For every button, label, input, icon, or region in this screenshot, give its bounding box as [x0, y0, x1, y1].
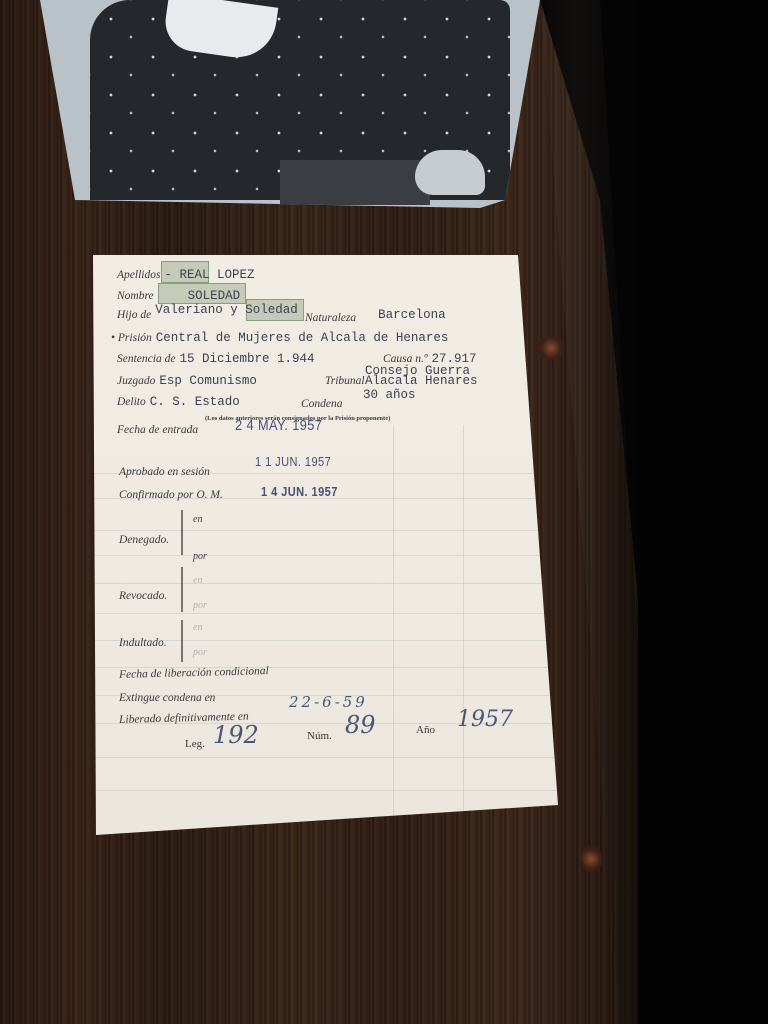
- photograph: [40, 0, 540, 208]
- ruled-line: [93, 613, 558, 614]
- nombre-label: Nombre: [117, 290, 154, 302]
- indultado-label: Indultado.: [119, 637, 167, 649]
- brace: [181, 620, 183, 662]
- hijo-de-value: Valeriano y Soledad: [155, 303, 298, 317]
- denegado-en: en: [193, 514, 202, 525]
- extingue-label: Extingue condena en: [119, 692, 215, 704]
- prison-record-card: Apellidos - REAL LOPEZ Nombre SOLEDAD Hi…: [93, 255, 558, 835]
- liberacion-condicional-label: Fecha de liberación condicional: [119, 665, 269, 681]
- column-line: [463, 425, 464, 825]
- ano-label: Año: [416, 724, 435, 736]
- tribunal-label: Tribunal: [325, 375, 365, 387]
- juzgado-value: Esp Comunismo: [159, 374, 257, 388]
- sentencia-value: 15 Diciembre 1.944: [179, 352, 314, 366]
- sentencia-label: Sentencia de: [117, 353, 175, 365]
- juzgado-label: Juzgado: [117, 375, 155, 387]
- prision-label: • Prisión: [111, 332, 152, 344]
- revocado-por: por: [193, 600, 207, 611]
- revocado-en: en: [193, 575, 202, 586]
- leg-value: 192: [213, 721, 259, 749]
- denegado-label: Denegado.: [119, 534, 169, 546]
- column-line: [393, 425, 394, 825]
- ruled-line: [93, 757, 558, 758]
- wood-knot: [538, 335, 564, 361]
- photo-lap: [280, 160, 430, 205]
- leg-label: Leg.: [185, 738, 205, 750]
- num-value: 89: [345, 711, 376, 739]
- dark-background: [638, 0, 768, 1024]
- delito-label: Delito: [117, 396, 146, 408]
- denegado-por: por: [193, 551, 207, 562]
- indultado-en: en: [193, 622, 202, 633]
- naturaleza-label: Naturaleza: [305, 312, 356, 324]
- fecha-entrada-stamp: 2 4 MAY. 1957: [235, 417, 322, 434]
- brace: [181, 510, 183, 555]
- liberado-value: 22-6-59: [289, 693, 368, 711]
- ruled-line: [93, 583, 558, 584]
- num-label: Núm.: [307, 730, 332, 742]
- wood-knot: [580, 845, 602, 873]
- photo-hand: [415, 150, 485, 195]
- hijo-de-label: Hijo de: [117, 309, 151, 321]
- naturaleza-value: Barcelona: [378, 308, 446, 322]
- apellidos-label: Apellidos: [117, 269, 160, 281]
- nombre-value: SOLEDAD: [188, 289, 241, 303]
- revocado-label: Revocado.: [119, 590, 167, 602]
- indultado-por: por: [193, 647, 207, 658]
- condena-value: 30 años: [363, 388, 416, 402]
- ano-value: 1957: [457, 707, 513, 732]
- aprobado-label: Aprobado en sesión: [119, 466, 210, 478]
- aprobado-stamp: 1 1 JUN. 1957: [255, 454, 331, 469]
- brace: [181, 567, 183, 612]
- confirmado-stamp: 1 4 JUN. 1957: [261, 484, 338, 499]
- ruled-line: [93, 790, 558, 791]
- confirmado-label: Confirmado por O. M.: [119, 489, 223, 501]
- prision-value: Central de Mujeres de Alcala de Henares: [156, 331, 449, 345]
- fecha-entrada-label: Fecha de entrada: [117, 424, 198, 436]
- ruled-line: [93, 555, 558, 556]
- apellidos-value: - REAL LOPEZ: [164, 268, 254, 282]
